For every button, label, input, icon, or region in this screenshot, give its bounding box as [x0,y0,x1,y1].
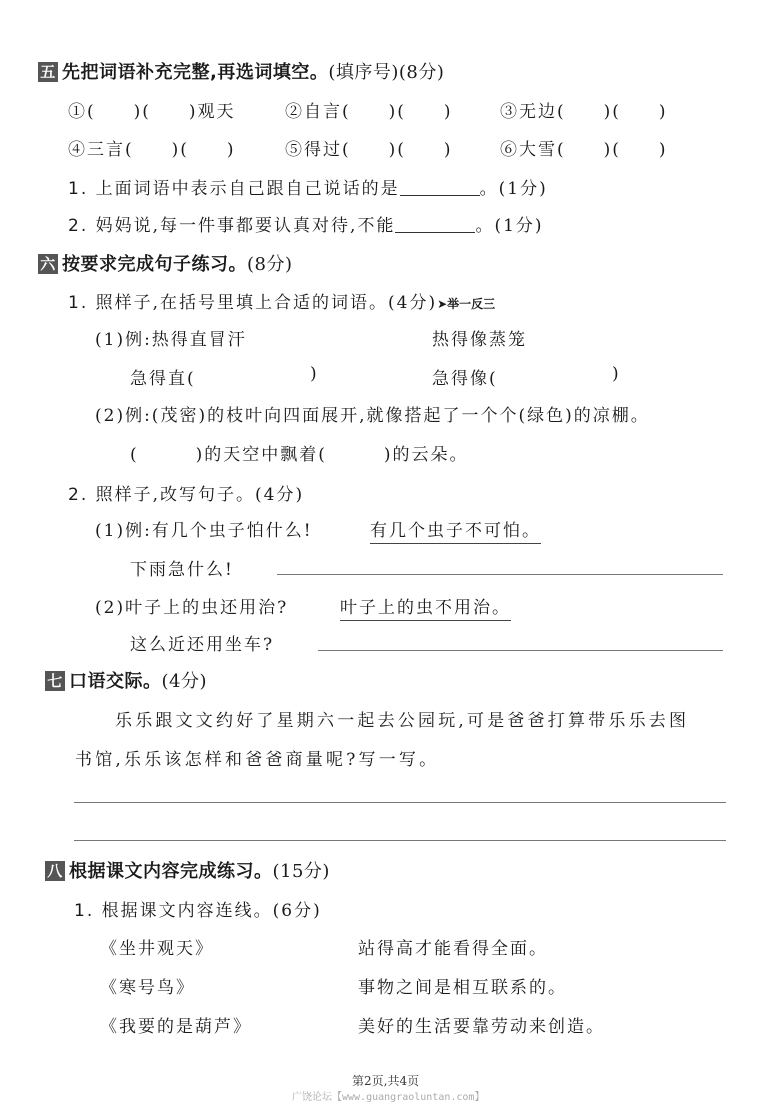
writing-line-2[interactable] [74,840,726,841]
section-6-heading: 六按要求完成句子练习。(8分) [38,250,293,276]
question-number: 2. [68,485,88,505]
example-1: (1)例:热得直冒汗 [95,325,247,350]
section-5-points: (填序号)(8分) [328,62,444,83]
section-7-title: 口语交际。 [69,671,162,692]
section-7-heading: 七口语交际。(4分) [45,667,207,693]
match-left-1[interactable]: 《坐井观天》 [100,934,214,959]
fill-item-1-close: ) [310,364,319,384]
section-6-question-1: 1. 照样子,在括号里填上合适的词语。(4分)➤举一反三 [68,288,495,313]
match-right-1[interactable]: 站得高才能看得全面。 [358,934,548,959]
match-right-3[interactable]: 美好的生活要靠劳动来创造。 [358,1012,605,1037]
fill-item-1-label: 急得直( [130,364,196,389]
section-5-title: 先把词语补充完整,再选词填空。 [62,62,328,83]
answer-line-1[interactable] [277,574,723,575]
word-item-2[interactable]: ②自言( )( ) [285,97,453,122]
fill-item-2-label: 急得像( [432,364,498,389]
section-8-question-1: 1. 根据课文内容连线。(6分) [74,896,322,921]
question-text: 上面词语中表示自己跟自己说话的是 [96,179,400,199]
section-8-points: (15分) [273,861,330,882]
section-5-question-1: 1. 上面词语中表示自己跟自己说话的是。(1分) [68,174,548,199]
writing-line-1[interactable] [74,802,726,803]
word-item-5[interactable]: ⑤得过( )( ) [285,135,453,160]
example-2: (2)例:(茂密)的枝叶向四面展开,就像搭起了一个个(绿色)的凉棚。 [95,401,650,426]
section-8-badge: 八 [45,861,65,881]
answer-line-2[interactable] [318,650,723,651]
section-5-badge: 五 [38,62,58,82]
section-6-title: 按要求完成句子练习。 [62,254,247,275]
prompt-line-1: 乐乐跟文文约好了星期六一起去公园玩,可是爸爸打算带乐乐去图 [115,706,689,731]
question-text: 照样子,在括号里填上合适的词语。(4分) [96,293,437,313]
word-item-6[interactable]: ⑥大雪( )( ) [500,135,668,160]
question-number: 1. [68,179,88,199]
word-item-1[interactable]: ①( )( )观天 [68,97,236,122]
word-item-4[interactable]: ④三言( )( ) [68,135,236,160]
word-item-3[interactable]: ③无边( )( ) [500,97,668,122]
question-points: 。(1分) [480,179,548,199]
section-5-question-2: 2. 妈妈说,每一件事都要认真对待,不能。(1分) [68,211,544,236]
rewrite-example-2-answer: 叶子上的虫不用治。 [340,593,511,621]
watermark: 广饶论坛【www.guangraoluntan.com】 [292,1088,484,1103]
question-text: 照样子,改写句子。(4分) [96,485,304,505]
question-number: 1. [74,901,94,921]
section-6-badge: 六 [38,254,58,274]
section-8-title: 根据课文内容完成练习。 [69,861,273,882]
fill-item-2-close: ) [612,364,621,384]
section-5-heading: 五先把词语补充完整,再选词填空。(填序号)(8分) [38,58,444,84]
question-text: 妈妈说,每一件事都要认真对待,不能 [96,216,396,236]
question-points: 。(1分) [475,216,543,236]
page-number: 第2页,共4页 [352,1072,419,1089]
fill-item-2-blank[interactable] [502,364,607,386]
rewrite-task-2: 这么近还用坐车? [130,630,274,655]
answer-blank[interactable] [395,232,475,233]
fill-sentence[interactable]: ( )的天空中飘着( )的云朵。 [130,440,469,465]
section-7-badge: 七 [45,671,65,691]
section-7-points: (4分) [162,671,208,692]
practice-tag: ➤举一反三 [437,297,495,311]
section-6-points: (8分) [247,254,293,275]
prompt-line-2: 书馆,乐乐该怎样和爸爸商量呢?写一写。 [75,745,439,770]
match-left-3[interactable]: 《我要的是葫芦》 [100,1012,252,1037]
section-8-heading: 八根据课文内容完成练习。(15分) [45,857,330,883]
match-left-2[interactable]: 《寒号鸟》 [100,973,195,998]
question-text: 根据课文内容连线。(6分) [102,901,322,921]
answer-blank[interactable] [400,195,480,196]
rewrite-example-1: (1)例:有几个虫子怕什么! [95,516,313,541]
example-1-right: 热得像蒸笼 [432,325,527,350]
rewrite-task-1: 下雨急什么! [130,555,234,580]
rewrite-example-2: (2)叶子上的虫还用治? [95,593,288,618]
question-number: 1. [68,293,88,313]
rewrite-example-1-answer: 有几个虫子不可怕。 [370,516,541,544]
question-number: 2. [68,216,88,236]
section-6-question-2: 2. 照样子,改写句子。(4分) [68,480,304,505]
fill-item-1-blank[interactable] [200,364,305,386]
match-right-2[interactable]: 事物之间是相互联系的。 [358,973,567,998]
